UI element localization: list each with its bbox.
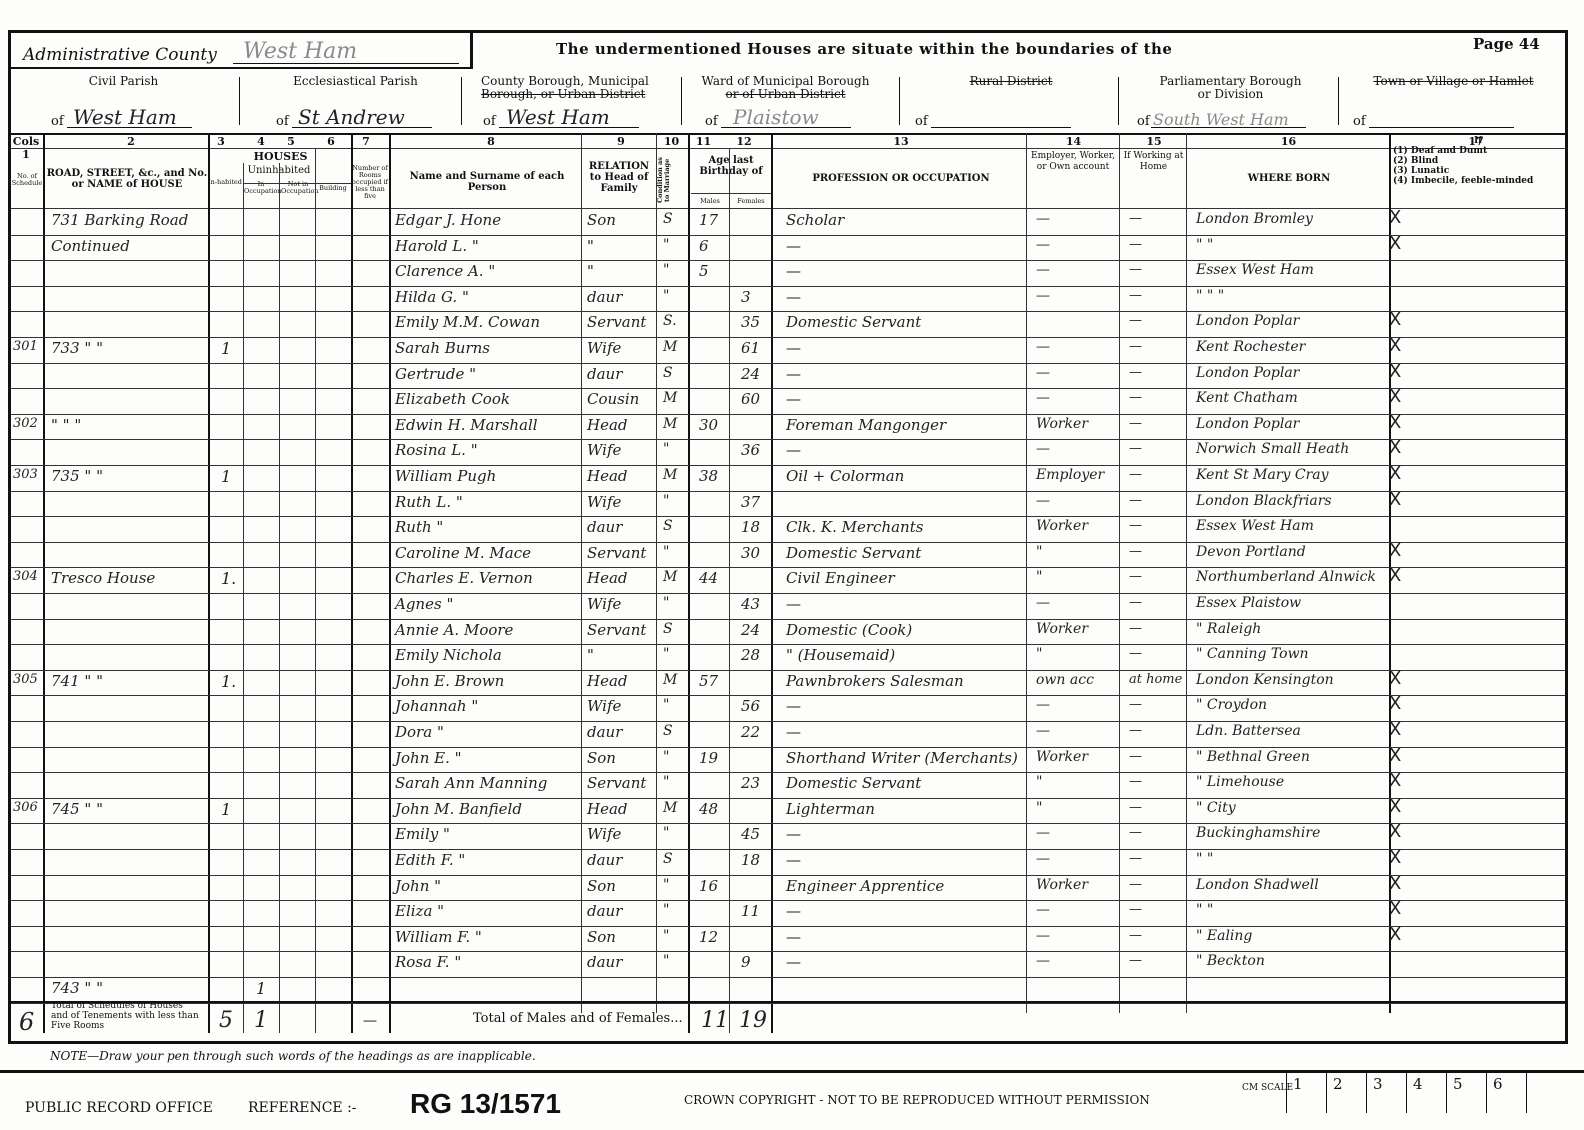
infirmity-mark: X: [1389, 924, 1401, 945]
infirmity-mark: X: [1389, 873, 1401, 894]
occupation: Oil + Colorman: [786, 467, 904, 485]
person-name: Ruth L. ": [395, 493, 463, 511]
table-row: Rosina L. "Wife"36———Norwich Small Heath…: [11, 439, 1565, 465]
male-age: 38: [699, 467, 718, 485]
marital-condition: M: [663, 569, 677, 585]
region-label: Ward of Municipal Borough or of Urban Di…: [683, 75, 888, 101]
working-at-home: —: [1129, 825, 1142, 840]
occupation: Lighterman: [786, 800, 875, 818]
schedule-number: 301: [13, 339, 38, 354]
working-at-home: —: [1129, 800, 1142, 815]
working-at-home: —: [1129, 621, 1142, 636]
header-infirmity: If (1) Deaf and Dumt (2) Blind (3) Lunat…: [1393, 136, 1563, 186]
schedule-number: 302: [13, 416, 38, 431]
employment-status: Worker: [1036, 621, 1088, 637]
working-at-home: —: [1129, 928, 1142, 943]
occupation: —: [786, 825, 801, 843]
inhabited-count: 1: [221, 467, 231, 486]
working-at-home: —: [1129, 262, 1142, 277]
employment-status: —: [1036, 723, 1050, 739]
region-value: Plaistow: [733, 105, 819, 129]
person-name: John M. Banfield: [395, 800, 522, 818]
infirmity-mark: X: [1389, 719, 1401, 740]
relation: Servant: [587, 621, 646, 639]
table-row: Ruth "daurS18Clk. K. MerchantsWorker—Ess…: [11, 516, 1565, 542]
birthplace: " ": [1196, 902, 1213, 918]
region-of: of: [915, 114, 928, 129]
totals-schedules: 6: [19, 1008, 34, 1036]
birthplace: Northumberland Alnwick: [1196, 569, 1376, 585]
column-number-divider: [11, 148, 1565, 149]
infirmity-mark: X: [1389, 361, 1401, 382]
header-employer: Employer, Worker, or Own account: [1029, 151, 1117, 173]
marital-condition: ": [663, 697, 669, 713]
person-name: Caroline M. Mace: [395, 544, 531, 562]
employment-status: ": [1036, 569, 1042, 585]
occupation: —: [786, 339, 801, 357]
employment-status: Worker: [1036, 749, 1088, 765]
relation: Head: [587, 672, 628, 690]
working-at-home: —: [1129, 518, 1142, 533]
table-row: Dora "daurS22———Ldn. BatterseaX: [11, 721, 1565, 747]
totals-uninhabited: 1: [254, 1008, 268, 1033]
marital-condition: M: [663, 800, 677, 816]
header-infirmity-if: If: [1393, 136, 1563, 146]
employment-status: —: [1036, 339, 1050, 355]
birthplace: " Croydon: [1196, 697, 1267, 713]
infirmity-mark: X: [1389, 847, 1401, 868]
page-title: The undermentioned Houses are situate wi…: [556, 40, 1172, 58]
person-name: Sarah Ann Manning: [395, 774, 547, 792]
relation: Head: [587, 569, 628, 587]
table-row: 304Tresco House1.Charles E. VernonHeadM4…: [11, 567, 1565, 593]
birthplace: Ldn. Battersea: [1196, 723, 1301, 739]
relation: Wife: [587, 339, 621, 357]
male-age: 17: [699, 211, 718, 229]
header-rooms: Number of Rooms occupied if less than fi…: [351, 165, 389, 200]
scale-mark: 2: [1327, 1073, 1367, 1113]
region-of: of: [705, 114, 718, 129]
road-address: 743 " ": [51, 979, 103, 997]
region-label: Town or Village or Hamlet: [1341, 75, 1566, 88]
header-where-born: WHERE BORN: [1189, 173, 1389, 184]
administrative-county-label: Administrative County: [23, 45, 217, 65]
totals-males: 11: [701, 1008, 729, 1033]
region-label-line2: or Division: [1198, 87, 1264, 101]
table-row: John E. "Son"19Shorthand Writer (Merchan…: [11, 747, 1565, 773]
footnote: NOTE—Draw your pen through such words of…: [50, 1049, 536, 1063]
working-at-home: —: [1129, 697, 1142, 712]
infirmity-mark: X: [1389, 796, 1401, 817]
infirmity-mark: X: [1389, 898, 1401, 919]
totals-males-females-label: Total of Males and of Females...: [473, 1011, 683, 1026]
employment-status: —: [1036, 697, 1050, 713]
marital-condition: ": [663, 646, 669, 662]
marital-condition: ": [663, 749, 669, 765]
inhabited-count: 1: [221, 339, 231, 358]
occupation: —: [786, 953, 801, 971]
employment-status: ": [1036, 800, 1042, 816]
person-name: Elizabeth Cook: [395, 390, 510, 408]
occupation: Domestic Servant: [786, 774, 921, 792]
footer-reference-label: REFERENCE :-: [248, 1100, 357, 1116]
road-address: 741 " ": [51, 672, 103, 690]
employment-status: —: [1036, 390, 1050, 406]
person-name: Edith F. ": [395, 851, 465, 869]
person-name: Dora ": [395, 723, 444, 741]
schedule-number: 306: [13, 800, 38, 815]
working-at-home: —: [1129, 774, 1142, 789]
working-at-home: —: [1129, 211, 1142, 226]
female-age: 23: [741, 774, 760, 792]
table-row: 302" " "Edwin H. MarshallHeadM30Foreman …: [11, 414, 1565, 440]
occupation: Domestic Servant: [786, 544, 921, 562]
table-row: Agnes "Wife"43———Essex Plaistow: [11, 593, 1565, 619]
age-divider: [691, 193, 771, 194]
female-age: 30: [741, 544, 760, 562]
working-at-home: —: [1129, 749, 1142, 764]
region-underline: [931, 127, 1071, 128]
header-occupation: PROFESSION OR OCCUPATION: [776, 173, 1026, 184]
female-age: 35: [741, 313, 760, 331]
table-row: Rosa F. "daur"9———" Beckton: [11, 951, 1565, 977]
male-age: 57: [699, 672, 718, 690]
region-civil-parish: Civil Parish of West Ham: [11, 69, 236, 133]
employment-status: —: [1036, 902, 1050, 918]
occupation: Shorthand Writer (Merchants): [786, 749, 1018, 767]
region-label: County Borough, Municipal Borough, or Ur…: [481, 75, 686, 101]
scale-mark: 4: [1407, 1073, 1447, 1113]
person-name: Sarah Burns: [395, 339, 490, 357]
marital-condition: ": [663, 595, 669, 611]
working-at-home: —: [1129, 851, 1142, 866]
scale-mark: 6: [1487, 1073, 1527, 1113]
region-divider: [1338, 77, 1339, 125]
infirmity-mark: X: [1389, 693, 1401, 714]
inhabited-count: 1.: [221, 672, 236, 691]
col-number: 8: [391, 135, 591, 148]
birthplace: " Raleigh: [1196, 621, 1261, 637]
region-value: South West Ham: [1153, 110, 1289, 129]
occupation: —: [786, 288, 801, 306]
female-age: 22: [741, 723, 760, 741]
employment-status: ": [1036, 544, 1042, 560]
person-name: Hilda G. ": [395, 288, 469, 306]
birthplace: London Shadwell: [1196, 877, 1319, 893]
birthplace: London Poplar: [1196, 313, 1299, 329]
relation: Wife: [587, 441, 621, 459]
person-name: Agnes ": [395, 595, 453, 613]
birthplace: " Bethnal Green: [1196, 749, 1310, 765]
page-number: Page 44: [1473, 35, 1540, 53]
relation: Head: [587, 416, 628, 434]
relation: ": [587, 646, 594, 664]
scale-mark: 5: [1447, 1073, 1487, 1113]
region-ecclesiastical-parish: Ecclesiastical Parish of St Andrew: [243, 69, 468, 133]
table-row: 743 " "1: [11, 977, 1565, 1003]
region-divider: [681, 77, 682, 125]
region-label-line1: County Borough, Municipal: [481, 74, 649, 88]
working-at-home: —: [1129, 237, 1142, 252]
relation: Head: [587, 467, 628, 485]
table-row: 731 Barking RoadEdgar J. HoneSonS17Schol…: [11, 209, 1565, 235]
relation: Son: [587, 928, 616, 946]
relation: ": [587, 237, 594, 255]
employment-status: ": [1036, 774, 1042, 790]
female-age: 61: [741, 339, 760, 357]
marital-condition: ": [663, 493, 669, 509]
region-value: West Ham: [506, 105, 610, 129]
occupation: —: [786, 390, 801, 408]
table-row: Emily M.M. CowanServantS.35Domestic Serv…: [11, 311, 1565, 337]
person-name: Johannah ": [395, 697, 478, 715]
working-at-home: —: [1129, 339, 1142, 354]
person-name: Emily Nichola: [395, 646, 502, 664]
table-row: Clarence A. """5———Essex West Ham: [11, 260, 1565, 286]
archive-footer: PUBLIC RECORD OFFICE REFERENCE :- RG 13/…: [0, 1070, 1584, 1130]
person-name: Rosa F. ": [395, 953, 461, 971]
relation: daur: [587, 365, 622, 383]
header-condition: Condition as to Marriage: [657, 153, 687, 208]
relation: daur: [587, 851, 622, 869]
administrative-county-value: West Ham: [243, 39, 357, 64]
person-name: Rosina L. ": [395, 441, 478, 459]
relation: Head: [587, 800, 628, 818]
birthplace: Buckinghamshire: [1196, 825, 1320, 841]
relation: Wife: [587, 493, 621, 511]
working-at-home: —: [1129, 569, 1142, 584]
male-age: 19: [699, 749, 718, 767]
table-row: Ruth L. "Wife"37——London BlackfriarsX: [11, 491, 1565, 517]
employment-status: —: [1036, 211, 1050, 227]
marital-condition: S: [663, 365, 673, 381]
road-address: " " ": [51, 416, 81, 434]
footer-reference: RG 13/1571: [410, 1088, 561, 1120]
working-at-home: —: [1129, 288, 1142, 303]
working-at-home: —: [1129, 467, 1142, 482]
occupation: " (Housemaid): [786, 646, 895, 664]
region-underline: [1369, 127, 1514, 128]
marital-condition: ": [663, 928, 669, 944]
region-rural-district: Rural District of: [901, 69, 1121, 133]
table-row: Sarah Ann ManningServant"23Domestic Serv…: [11, 772, 1565, 798]
table-row: Emily "Wife"45———BuckinghamshireX: [11, 823, 1565, 849]
table-row: Johannah "Wife"56———" CroydonX: [11, 695, 1565, 721]
marital-condition: M: [663, 339, 677, 355]
header-road: ROAD, STREET, &c., and No. or NAME of HO…: [46, 168, 208, 190]
birthplace: London Poplar: [1196, 416, 1299, 432]
totals-rooms: —: [363, 1013, 377, 1029]
working-at-home: —: [1129, 493, 1142, 508]
birthplace: London Kensington: [1196, 672, 1334, 688]
table-row: Elizabeth CookCousinM60———Kent ChathamX: [11, 388, 1565, 414]
header-infirmity-2: (2) Blind: [1393, 156, 1563, 166]
working-at-home: —: [1129, 441, 1142, 456]
person-name: William F. ": [395, 928, 482, 946]
occupation: —: [786, 902, 801, 920]
female-age: 36: [741, 441, 760, 459]
occupation: Scholar: [786, 211, 844, 229]
road-address: 735 " ": [51, 467, 103, 485]
header-infirmity-3: (3) Lunatic: [1393, 166, 1563, 176]
person-name: Eliza ": [395, 902, 444, 920]
table-row: 303735 " "1William PughHeadM38Oil + Colo…: [11, 465, 1565, 491]
occupation: —: [786, 851, 801, 869]
footer-office: PUBLIC RECORD OFFICE: [25, 1100, 213, 1116]
table-row: John "Son"16Engineer ApprenticeWorker—Lo…: [11, 875, 1565, 901]
infirmity-mark: X: [1389, 770, 1401, 791]
birthplace: Devon Portland: [1196, 544, 1306, 560]
region-ward: Ward of Municipal Borough or of Urban Di…: [683, 69, 888, 133]
scale-mark: 1: [1287, 1073, 1327, 1113]
birthplace: " Limehouse: [1196, 774, 1284, 790]
female-age: 24: [741, 365, 760, 383]
relation: daur: [587, 953, 622, 971]
table-row: Emily Nichola""28" (Housemaid)"—" Cannin…: [11, 644, 1565, 670]
employment-status: —: [1036, 237, 1050, 253]
col-number: 14: [1026, 135, 1121, 148]
marital-condition: S: [663, 211, 673, 227]
male-age: 30: [699, 416, 718, 434]
person-name: John ": [395, 877, 441, 895]
road-address: Continued: [51, 237, 130, 255]
occupation: —: [786, 237, 801, 255]
scale-mark: 3: [1367, 1073, 1407, 1113]
totals-schedules-label: Total of Schedules of Houses and of Tene…: [51, 1001, 201, 1031]
header-males: Males: [691, 198, 729, 205]
female-age: 18: [741, 851, 760, 869]
header-name: Name and Surname of each Person: [393, 171, 581, 193]
region-town-village-hamlet: Town or Village or Hamlet of: [1341, 69, 1566, 133]
marital-condition: ": [663, 902, 669, 918]
col-number: 5: [276, 135, 306, 148]
region-label: Ecclesiastical Parish: [243, 75, 468, 88]
relation: ": [587, 262, 594, 280]
totals-top-border: [11, 1001, 1565, 1003]
infirmity-mark: X: [1389, 437, 1401, 458]
inhabited-count: 1: [221, 800, 231, 819]
person-name: Harold L. ": [395, 237, 479, 255]
marital-condition: S: [663, 723, 673, 739]
person-name: Gertrude ": [395, 365, 476, 383]
working-at-home: —: [1129, 544, 1142, 559]
working-at-home: —: [1129, 953, 1142, 968]
working-at-home: at home: [1129, 672, 1182, 687]
col-number: 2: [51, 135, 211, 148]
employment-status: Worker: [1036, 877, 1088, 893]
person-name: Clarence A. ": [395, 262, 495, 280]
working-at-home: —: [1129, 390, 1142, 405]
region-parliamentary-borough: Parliamentary Borough or Division of Sou…: [1123, 69, 1338, 133]
person-name: Emily M.M. Cowan: [395, 313, 540, 331]
header-females: Females: [731, 198, 771, 205]
birthplace: Kent St Mary Cray: [1196, 467, 1329, 483]
occupation: —: [786, 365, 801, 383]
col-number: 16: [1186, 135, 1391, 148]
table-row: Eliza "daur"11———" "X: [11, 900, 1565, 926]
person-name: Ruth ": [395, 518, 443, 536]
female-age: 56: [741, 697, 760, 715]
male-age: 44: [699, 569, 718, 587]
census-page: Administrative County West Ham The under…: [0, 0, 1584, 1130]
marital-condition: M: [663, 416, 677, 432]
relation: daur: [587, 723, 622, 741]
marital-condition: ": [663, 877, 669, 893]
female-age: 43: [741, 595, 760, 613]
infirmity-mark: X: [1389, 412, 1401, 433]
region-of: of: [51, 114, 64, 129]
person-name: John E. Brown: [395, 672, 504, 690]
infirmity-mark: X: [1389, 668, 1401, 689]
employment-status: —: [1036, 595, 1050, 611]
cm-scale: 1 2 3 4 5 6: [1286, 1073, 1527, 1113]
region-value: St Andrew: [298, 105, 405, 129]
schedule-number: 303: [13, 467, 38, 482]
infirmity-mark: X: [1389, 309, 1401, 330]
marital-condition: S.: [663, 313, 677, 329]
header-schedule: No. of Schedule: [11, 173, 43, 187]
occupation: Domestic (Cook): [786, 621, 912, 639]
inhabited-count: 1.: [221, 569, 236, 588]
col-number: 9: [581, 135, 661, 148]
region-of: of: [1353, 114, 1366, 129]
employment-status: Employer: [1036, 467, 1104, 483]
person-name: Emily ": [395, 825, 450, 843]
table-row: Hilda G. "daur"3———" " ": [11, 286, 1565, 312]
region-value: West Ham: [73, 105, 177, 129]
header-infirmity-4: (4) Imbecile, feeble-minded: [1393, 176, 1563, 186]
employment-status: —: [1036, 262, 1050, 278]
region-county-borough: County Borough, Municipal Borough, or Ur…: [471, 69, 686, 133]
marital-condition: ": [663, 237, 669, 253]
table-row: 305741 " "1.John E. BrownHeadM57Pawnbrok…: [11, 670, 1565, 696]
working-at-home: —: [1129, 313, 1142, 328]
road-address: 731 Barking Road: [51, 211, 188, 229]
table-row: 306745 " "1John M. BanfieldHeadM48Lighte…: [11, 798, 1565, 824]
col-number: 13: [776, 135, 1026, 148]
occupation: —: [786, 928, 801, 946]
infirmity-mark: X: [1389, 233, 1401, 254]
region-divider: [1118, 77, 1119, 125]
birthplace: " Canning Town: [1196, 646, 1309, 662]
employment-status: —: [1036, 288, 1050, 304]
marital-condition: ": [663, 953, 669, 969]
birthplace: Essex West Ham: [1196, 518, 1314, 534]
female-age: 9: [741, 953, 751, 971]
relation: Wife: [587, 595, 621, 613]
infirmity-mark: X: [1389, 821, 1401, 842]
region-divider: [239, 77, 240, 125]
relation: daur: [587, 902, 622, 920]
birthplace: Essex Plaistow: [1196, 595, 1301, 611]
col-number: 12: [729, 135, 759, 148]
birthplace: " Ealing: [1196, 928, 1252, 944]
marital-condition: ": [663, 262, 669, 278]
census-schedule-sheet: Administrative County West Ham The under…: [8, 30, 1568, 1044]
table-row: Caroline M. MaceServant"30Domestic Serva…: [11, 542, 1565, 568]
employment-status: —: [1036, 441, 1050, 457]
table-row: Edith F. "daurS18———" "X: [11, 849, 1565, 875]
working-at-home: —: [1129, 646, 1142, 661]
col-number: 10: [659, 135, 684, 148]
employment-status: —: [1036, 953, 1050, 969]
birthplace: " ": [1196, 237, 1213, 253]
female-age: 60: [741, 390, 760, 408]
birthplace: " Beckton: [1196, 953, 1265, 969]
employment-status: —: [1036, 493, 1050, 509]
person-name: Edwin H. Marshall: [395, 416, 538, 434]
occupation: —: [786, 441, 801, 459]
